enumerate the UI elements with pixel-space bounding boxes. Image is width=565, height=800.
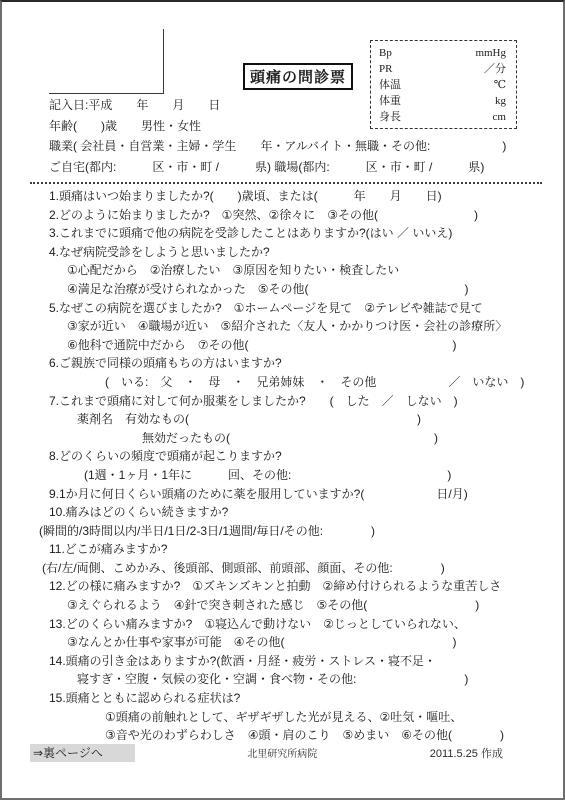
question-line: (右/左/両側、こめかみ、後頭部、側頭部、前頭部、顔面、その他: )	[30, 559, 542, 578]
question-line: 3.これまでに頭痛で他の病院を受診したことはありますか?(はい ／ いいえ)	[30, 224, 542, 243]
patient-stamp-area	[49, 29, 164, 94]
question-line: 7.これまで頭痛に対して何か服薬をしましたか? ( した ／ しない )	[30, 392, 542, 411]
back-page-link: ⇒裏ページへ	[30, 744, 135, 762]
header-line: 記入日:平成 年 月 日	[30, 95, 542, 116]
vitals-label: PR	[379, 61, 392, 77]
question-lines: 1.頭痛はいつ始まりましたか?( )歳頃、または( 年 月 日)2.どのように始…	[30, 187, 542, 745]
vitals-unit: ℃	[494, 77, 506, 93]
question-line: ③なんとか仕事や家事が可能 ④その他( )	[30, 633, 542, 652]
question-line: 5.なぜこの病院を選びましたか? ①ホームページを見て ②テレビや雑誌で見て	[30, 299, 542, 318]
question-line: ④満足な治療が受けられなかった ⑤その他( )	[30, 280, 542, 299]
question-line: 11.どこが痛みますか?	[30, 540, 542, 559]
vitals-unit: ／分	[484, 61, 506, 77]
question-line: ( いる: 父 ・ 母 ・ 兄弟姉妹 ・ その他 ／ いない )	[30, 373, 542, 392]
questionnaire-page: 頭痛の問診票 BpmmHgPR／分体温℃体重kg身長cm 記入日:平成 年 月 …	[0, 0, 565, 800]
question-line: 12.どの様に痛みますか? ①ズキンズキンと拍動 ②締め付けられるような重苦しさ	[30, 577, 542, 596]
header-line: 職業( 会社員・自営業・主婦・学生 年・アルバイト・無職・その他: )	[30, 136, 542, 157]
question-line: ③音や光のわずらわしさ ④頭・肩のこり ⑤めまい ⑥その他( )	[30, 726, 542, 745]
question-line: (瞬間的/3時間以内/半日/1日/2-3日/1週間/毎日/その他: )	[30, 522, 542, 541]
vitals-row: PR／分	[379, 61, 506, 77]
question-line: 1.頭痛はいつ始まりましたか?( )歳頃、または( 年 月 日)	[30, 187, 542, 206]
question-line: 15.頭痛とともに認められる症状は?	[30, 689, 542, 708]
question-line: 13.どのくらい痛みますか? ①寝込んで動けない ②じっとしていられない、	[30, 615, 542, 634]
question-line: 寝すぎ・空腹・気候の変化・空調・食べ物・その他: )	[30, 670, 542, 689]
question-line: 無効だったもの( )	[30, 429, 542, 448]
question-line: ③家が近い ④職場が近い ⑤紹介された〈友人・かかりつけ医・会社の診療所〉	[30, 317, 542, 336]
vitals-label: 体温	[379, 77, 401, 93]
question-line: 2.どのように始まりましたか? ①突然、②徐々に ③その他( )	[30, 206, 542, 225]
hospital-name: 北里研究所病院	[247, 745, 317, 760]
question-line: ③えぐられるよう ④針で突き刺された感じ ⑤その他( )	[30, 596, 542, 615]
header-line: ご自宅(都内: 区・市・町 / 県) 職場(都内: 区・市・町 / 県)	[30, 157, 542, 178]
vitals-label: Bp	[379, 45, 392, 61]
question-line: 14.頭痛の引き金はありますか?(飲酒・月経・疲労・ストレス・寝不足・	[30, 652, 542, 671]
question-line: ①心配だから ②治療したい ③原因を知りたい・検査したい	[30, 261, 542, 280]
vitals-unit: mmHg	[475, 45, 506, 61]
question-line: 6.ご親族で同様の頭痛もちの方はいますか?	[30, 354, 542, 373]
form-content: 記入日:平成 年 月 日年齢( )歳 男性・女性職業( 会社員・自営業・主婦・学…	[30, 95, 542, 745]
question-line: 10.痛みはどのくらい続きますか?	[30, 503, 542, 522]
question-line: (1週・1ヶ月・1年に 回、その他: )	[30, 466, 542, 485]
header-line: 年齢( )歳 男性・女性	[30, 116, 542, 137]
vitals-row: 体温℃	[379, 77, 506, 93]
page-title: 頭痛の問診票	[243, 63, 353, 90]
question-line: 薬剤名 有効なもの( )	[30, 410, 542, 429]
page-footer: ⇒裏ページへ 北里研究所病院 2011.5.25 作成	[30, 744, 503, 762]
header-lines: 記入日:平成 年 月 日年齢( )歳 男性・女性職業( 会社員・自営業・主婦・学…	[30, 95, 542, 177]
dotted-separator	[30, 182, 542, 184]
question-line: 4.なぜ病院受診をしようと思いましたか?	[30, 243, 542, 262]
question-line: ⑥他科で通院中だから ⑦その他( )	[30, 336, 542, 355]
created-date: 2011.5.25 作成	[430, 745, 503, 761]
vitals-row: BpmmHg	[379, 45, 506, 61]
question-line: 9.1か月に何日くらい頭痛のために薬を服用していますか?( 日/月)	[30, 485, 542, 504]
question-line: ①頭痛の前触れとして、ギザギザした光が見える、②吐気・嘔吐、	[30, 708, 542, 727]
question-line: 8.どのくらいの頻度で頭痛が起こりますか?	[30, 447, 542, 466]
